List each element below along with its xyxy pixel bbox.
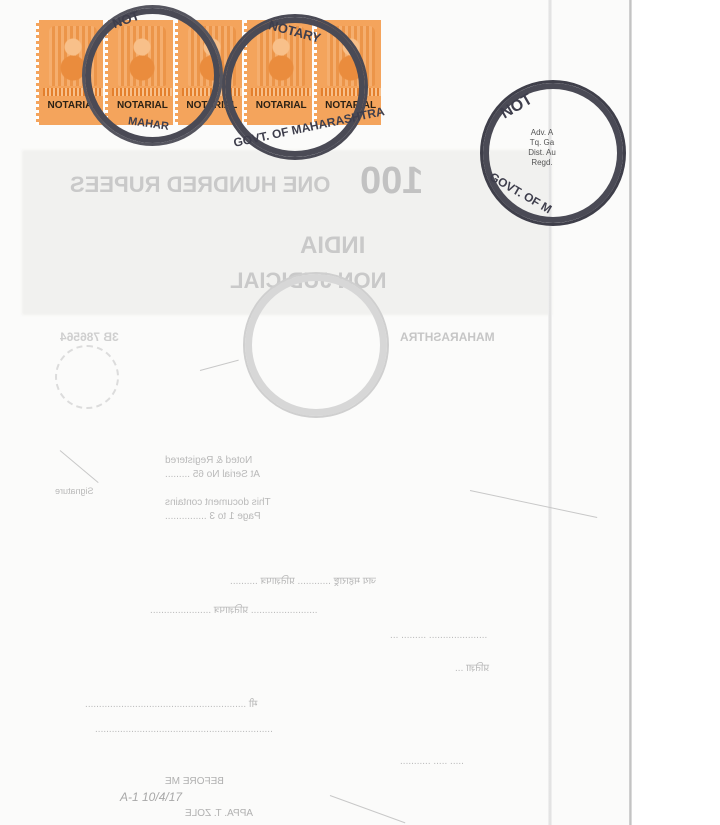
noted-registered-text: Noted & Registered	[165, 455, 252, 466]
document-contains-text: This document contains	[165, 497, 271, 508]
seal-edge-inner: Adv. A Tq. Ga Dist. Au Regd.	[522, 128, 562, 168]
hindi-line: ..... ..... ...........	[400, 756, 464, 767]
hindi-line: ..................... ......... ...	[390, 630, 487, 641]
pages-text: Page 1 to 3 ...............	[165, 511, 261, 522]
hindi-line: प्रतिज्ञा ...	[455, 660, 489, 674]
notary-name-text: APPA. T. ZOLE	[185, 808, 253, 819]
signature-stroke	[330, 795, 406, 823]
faint-emblem-seal	[55, 345, 119, 409]
hindi-line: ........................................…	[95, 724, 273, 735]
hindi-line: ........................ प्रतिज्ञापत्र .…	[150, 602, 318, 616]
signature-stroke	[470, 490, 597, 518]
signature-stroke	[60, 450, 99, 483]
scanned-document-page: ONE HUNDRED RUPEES 100 INDIA NON JUDICIA…	[0, 0, 632, 825]
date-note: A-1 10/4/17	[120, 790, 182, 804]
serial-no-text: At Serial No 65 .........	[165, 469, 260, 480]
page-edge	[629, 0, 632, 825]
signature-caption: Signature	[55, 486, 94, 496]
bleed-state: MAHARASHTRA	[400, 330, 495, 344]
bleed-amount-words: ONE HUNDRED RUPEES	[70, 172, 330, 198]
bleed-india: INDIA	[300, 232, 365, 260]
bleed-denomination: 100	[360, 160, 423, 203]
bleed-serial: 3B 786564	[60, 330, 119, 344]
signature-stroke	[200, 360, 239, 371]
faint-notary-seal	[243, 272, 389, 418]
hindi-line: जय महाराष्ट्र ............ प्रतिज्ञापत्र…	[230, 573, 376, 587]
hindi-line: मी .....................................…	[85, 696, 258, 710]
before-me-text: BEFORE ME	[165, 776, 224, 787]
